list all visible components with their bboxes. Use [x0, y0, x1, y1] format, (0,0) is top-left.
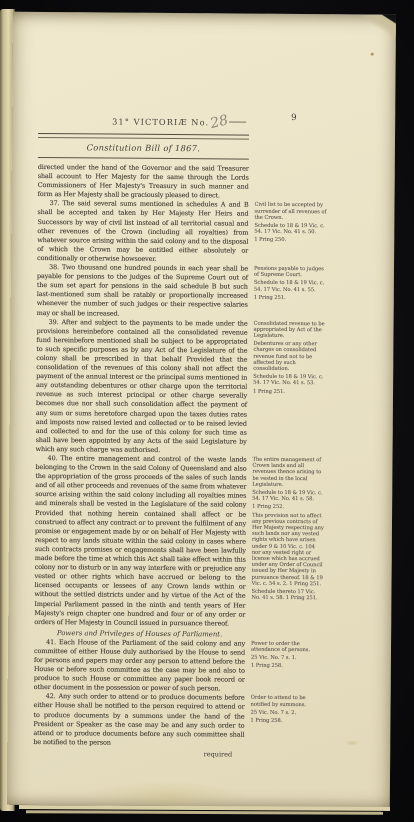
margin-notes-empty [255, 165, 327, 167]
page-content: 31° VICTORIÆ No.28 9 Constitution Bill o… [33, 12, 335, 759]
volume-caption-text: 31° VICTORIÆ No. [112, 117, 209, 128]
margin-notes: Pensions payable to judges of Supreme Co… [254, 265, 326, 304]
section-42: 42.Any such order to attend or to produc… [33, 692, 329, 749]
stacked-page-edge [26, 810, 383, 815]
margin-note: Order to attend to be notified by summon… [251, 695, 323, 708]
running-header: 31° VICTORIÆ No.28 9 [38, 109, 334, 133]
title-rule [38, 157, 249, 160]
margin-note: 1 Pring 258. [251, 663, 323, 670]
margin-note: Power to order the attendance of persons… [251, 640, 323, 653]
section-text: Two thousand one hundred pounds in each … [37, 263, 248, 317]
section-text: The entire management and control of the… [34, 454, 246, 627]
margin-note: 25 Vic. No. 7 s. 2. [250, 709, 322, 716]
margin-note: Schedule to 18 & 19 Vic. c. 54. 17 Vic. … [253, 374, 325, 387]
margin-notes: Power to order the attendance of persons… [251, 639, 323, 671]
volume-caption: 31° VICTORIÆ No.28 [112, 113, 227, 130]
margin-note: Pensions payable to judges of Supreme Co… [254, 266, 326, 279]
continuation-paragraph: directed under the hand of the Governor … [38, 163, 249, 201]
scanned-book-page: 31° VICTORIÆ No.28 9 Constitution Bill o… [0, 0, 414, 822]
section-number: 39. [49, 318, 62, 326]
section-paragraph: 42.Any such order to attend or to produc… [33, 692, 244, 748]
margin-note: The entire management of Crown lands and… [252, 457, 324, 489]
margin-note: Debentures or any other charges on conso… [253, 341, 325, 373]
page-corner-fold [350, 14, 396, 48]
section-text: Any such order to attend or to produce d… [33, 692, 244, 746]
section-number: 37. [49, 199, 62, 207]
margin-note: 1 Pring 258. [250, 718, 322, 725]
margin-note: Civil list to be accepted by surrender o… [254, 202, 326, 221]
catchword: required [33, 749, 244, 759]
margin-notes: Civil list to be accepted by surrender o… [254, 201, 326, 246]
section-text: Each House of the Parliament of the said… [34, 638, 245, 693]
margin-note: 25 Vic. No. 7 s. 1. [251, 655, 323, 662]
margin-note: Schedule to 18 & 19 Vic. c. 54. 17 Vic. … [254, 280, 326, 293]
handwritten-number: 28 [209, 112, 230, 132]
margin-notes-empty [251, 628, 323, 630]
page-smudge [345, 740, 359, 745]
section-paragraph: 37.The said several sums mentioned in sc… [37, 199, 248, 264]
section-text: The said several sums mentioned in sched… [37, 200, 248, 263]
section-37: 37.The said several sums mentioned in sc… [37, 199, 333, 265]
margin-note: 1 Pring 251. [254, 295, 326, 302]
section-number: 41. [46, 638, 59, 646]
margin-notes: The entire management of Crown lands and… [251, 456, 324, 604]
catchword-row: required [33, 747, 329, 759]
margin-note: 1 Pring 250. [254, 237, 326, 244]
header-dash [229, 121, 246, 122]
section-text: After and subject to the payments to be … [36, 318, 248, 454]
section-paragraph: 39.After and subject to the payments to … [36, 318, 248, 456]
document-title: Constitution Bill of 1867. [38, 142, 249, 154]
section-number: 42. [46, 692, 59, 700]
margin-note: Schedule to 18 & 19 Vic. c. 54. 17 Vic. … [254, 223, 326, 236]
section-41: 41.Each House of the Parliament of the s… [34, 638, 330, 695]
section-39: 39.After and subject to the payments to … [36, 318, 333, 457]
section-40: 40.The entire management and control of … [34, 454, 331, 629]
header-rule [38, 133, 249, 140]
continuation-row: directed under the hand of the Governor … [38, 163, 334, 202]
margin-note: 1 Pring 252. [252, 504, 324, 511]
margin-note: Schedule thereto 17 Vic. No. 41 s. 58. 1… [251, 589, 323, 602]
section-38: 38.Two thousand one hundred pounds in ea… [37, 263, 333, 320]
section-paragraph: 40.The entire management and control of … [34, 454, 246, 628]
margin-notes: Order to attend to be notified by summon… [250, 694, 322, 726]
margin-note: Consolidated revenue to be appropriated … [253, 320, 325, 339]
page-number: 9 [291, 113, 297, 123]
section-number: 40. [47, 454, 60, 462]
margin-note: Schedule to 18 & 19 Vic. c. 54. 17 Vic. … [252, 490, 324, 503]
margin-note: This provision not to affect any previou… [251, 512, 324, 587]
margin-note: 1 Pring 251. [253, 388, 325, 395]
page: 31° VICTORIÆ No.28 9 Constitution Bill o… [7, 12, 396, 808]
page-speck [371, 53, 374, 56]
section-paragraph: 38.Two thousand one hundred pounds in ea… [37, 263, 248, 319]
margin-notes: Consolidated revenue to be appropriated … [253, 319, 326, 397]
section-number: 38. [49, 263, 62, 271]
section-paragraph: 41.Each House of the Parliament of the s… [34, 638, 245, 694]
subheading: Powers and Privileges of Houses of Parli… [34, 629, 245, 639]
body-text: directed under the hand of the Governor … [33, 163, 334, 759]
